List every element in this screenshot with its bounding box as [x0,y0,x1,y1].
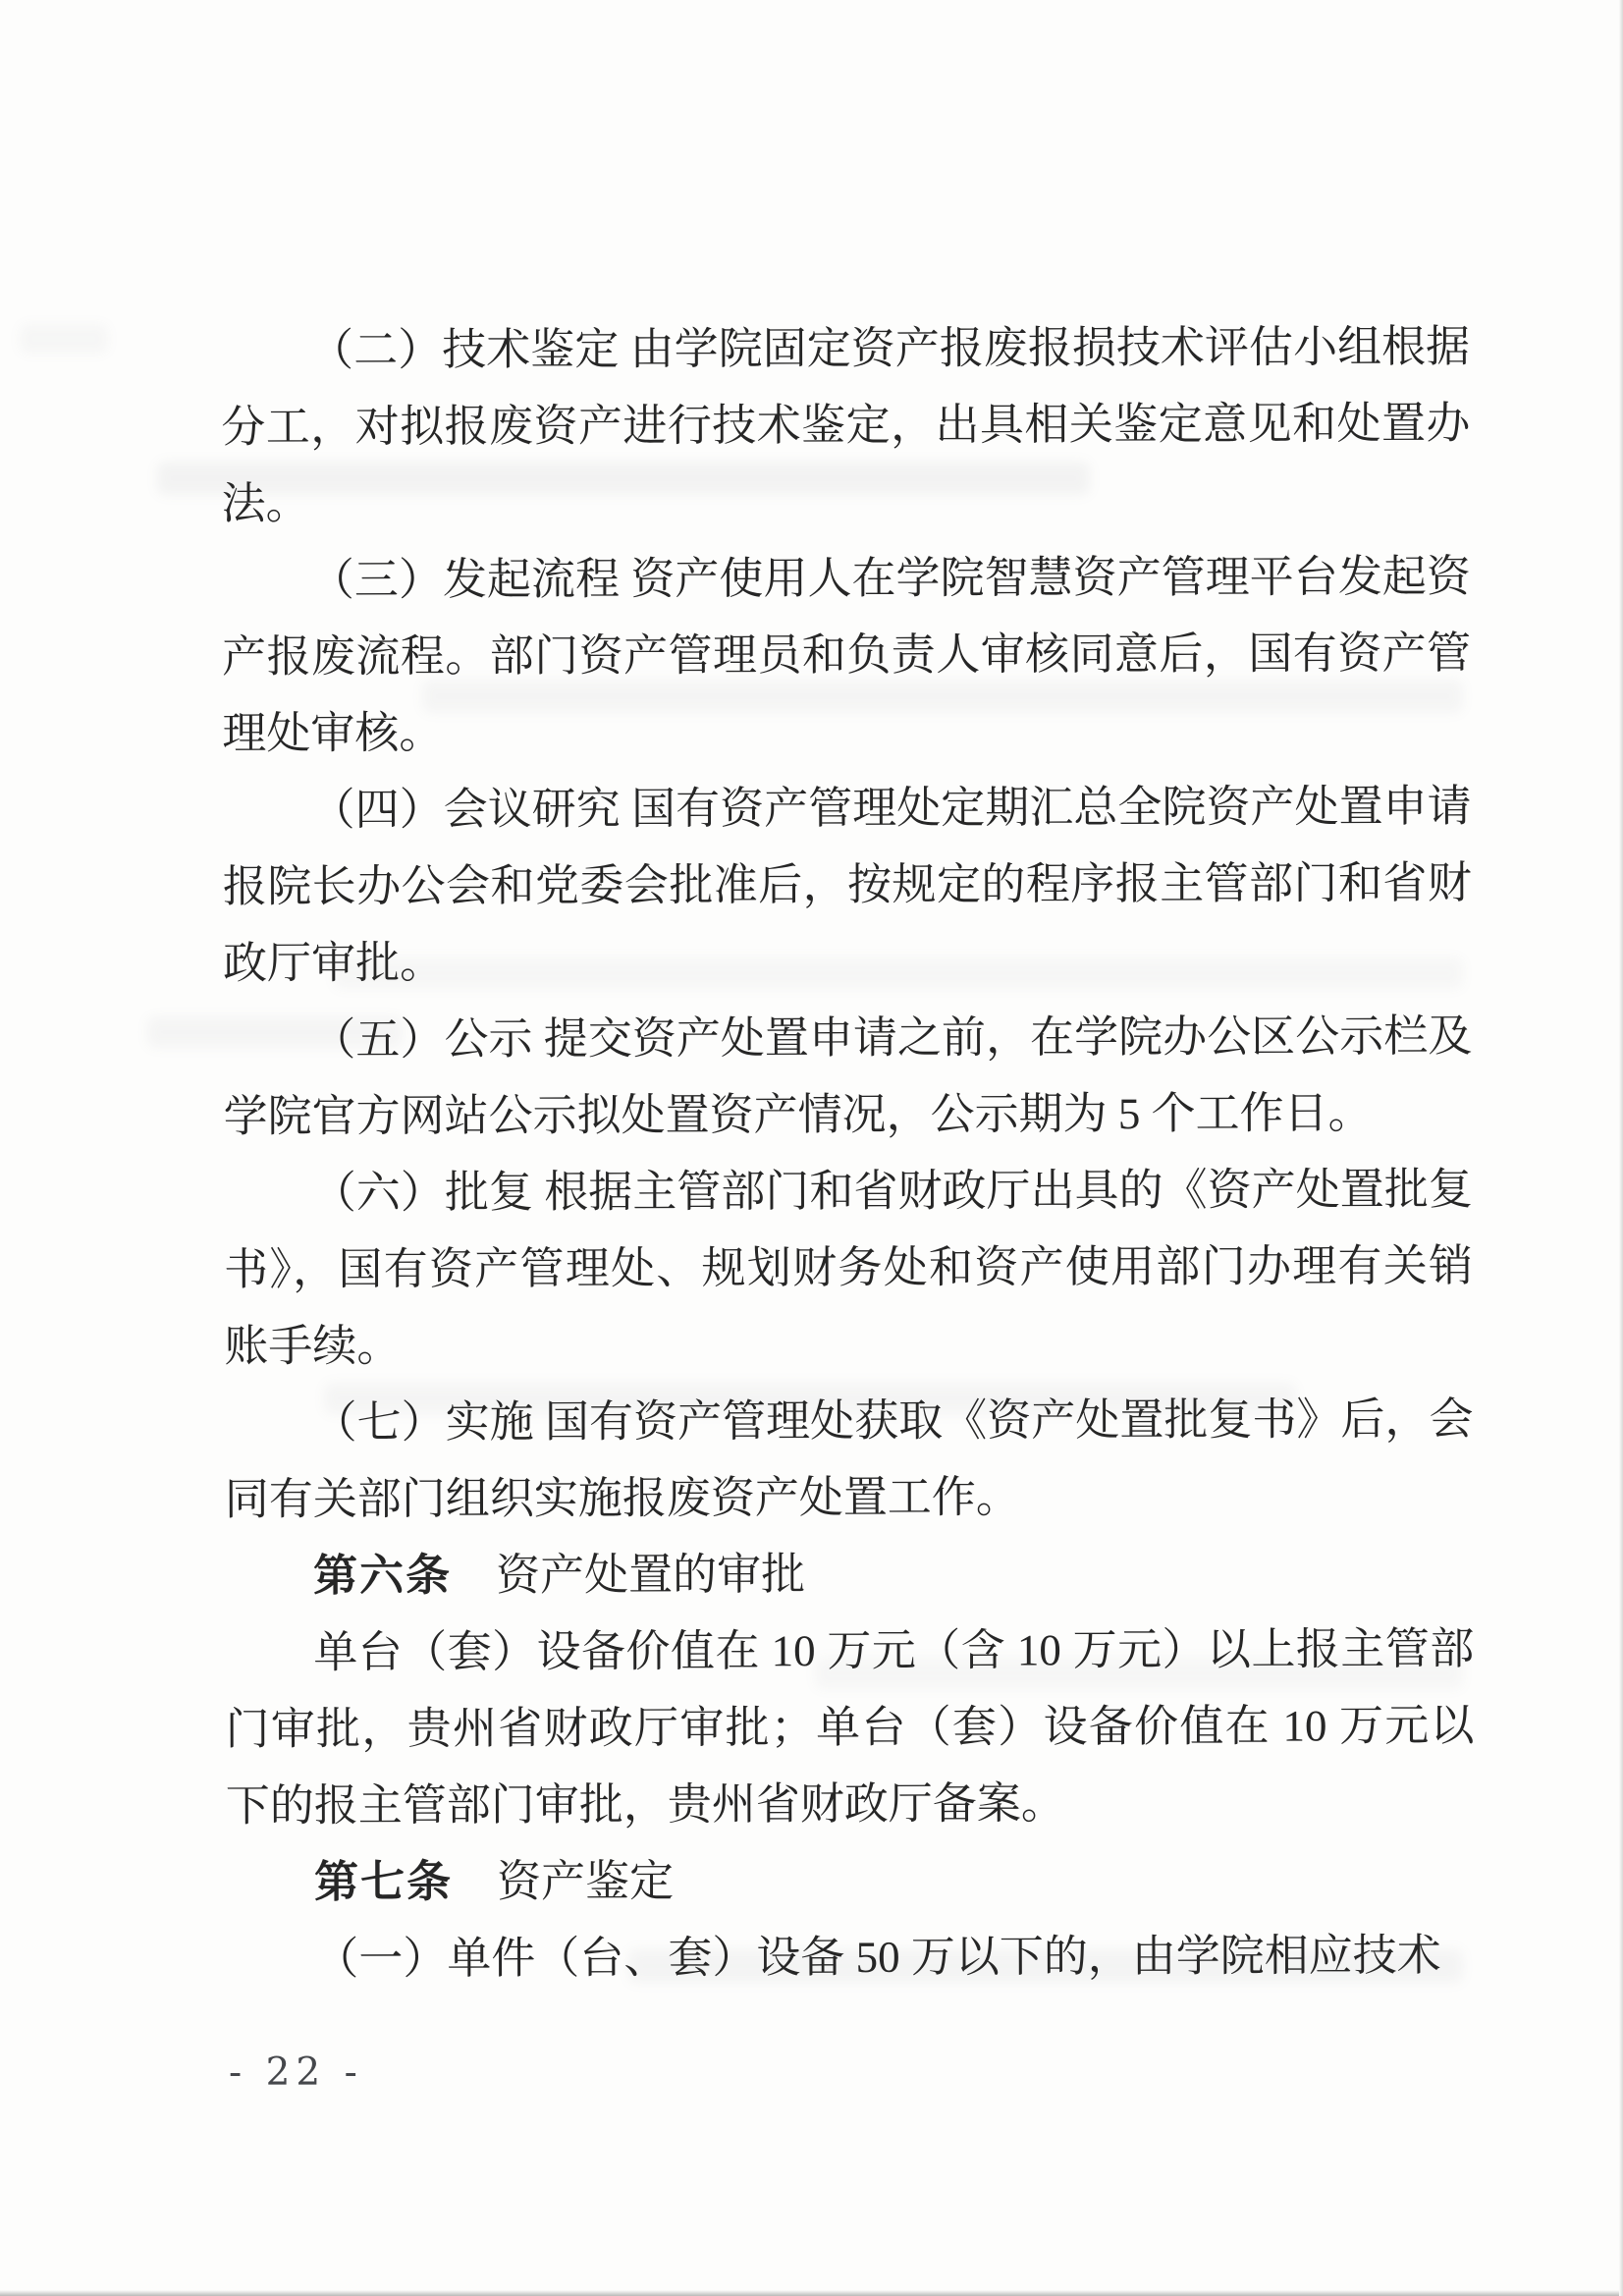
paragraph: （七）实施 国有资产管理处获取《资产处置批复书》后，会同有关部门组织实施报废资产… [224,1381,1473,1538]
scan-bleed-artifact [20,324,108,354]
paragraph: （二）技术鉴定 由学院固定资产报废报损技术评估小组根据分工，对拟报废资产进行技术… [221,308,1471,542]
text-run: （四）会议研究 国有资产管理处定期汇总全院资产处置申请报院长办公会和党委会批准后… [223,782,1472,988]
text-run: （五）公示 提交资产处置申请之前，在学院办公区公示栏及学院官方网站公示拟处置资产… [223,1011,1472,1141]
text-run: 资产处置的审批 [452,1550,805,1600]
article-number-label: 第七条 [314,1856,453,1906]
paragraph: （五）公示 提交资产处置申请之前，在学院办公区公示栏及学院官方网站公示拟处置资产… [223,998,1472,1155]
scan-edge-bottom [0,2290,1623,2296]
document-body: （二）技术鉴定 由学院固定资产报废报损技术评估小组根据分工，对拟报废资产进行技术… [221,308,1475,1997]
paragraph: （一）单件（台、套）设备 50 万以下的，由学院相应技术 [226,1917,1475,1997]
paragraph: （三）发起流程 资产使用人在学院智慧资产管理平台发起资产报废流程。部门资产管理员… [222,538,1472,772]
paragraph: 单台（套）设备价值在 10 万元（含 10 万元）以上报主管部门审批，贵州省财政… [225,1611,1475,1844]
article-heading: 第六条 资产处置的审批 [225,1534,1474,1614]
text-run: 资产鉴定 [453,1857,674,1907]
text-run: 单台（套）设备价值在 10 万元（含 10 万元）以上报主管部门审批，贵州省财政… [225,1624,1474,1831]
text-run: （一）单件（台、套）设备 50 万以下的，由学院相应技术 [314,1931,1441,1984]
page-number: - 22 - [229,2050,363,2095]
paragraph: （六）批复 根据主管部门和省财政厅出具的《资产处置批复书》，国有资产管理处、规划… [224,1151,1474,1385]
scanned-document-page: （二）技术鉴定 由学院固定资产报废报损技术评估小组根据分工，对拟报废资产进行技术… [0,0,1623,2296]
text-run: （三）发起流程 资产使用人在学院智慧资产管理平台发起资产报废流程。部门资产管理员… [222,552,1471,758]
article-number-label: 第六条 [313,1550,452,1600]
text-run: （六）批复 根据主管部门和省财政厅出具的《资产处置批复书》，国有资产管理处、规划… [224,1165,1473,1371]
text-run: （七）实施 国有资产管理处获取《资产处置批复书》后，会同有关部门组织实施报废资产… [225,1394,1474,1524]
text-run: （二）技术鉴定 由学院固定资产报废报损技术评估小组根据分工，对拟报废资产进行技术… [221,322,1470,528]
article-heading: 第七条 资产鉴定 [226,1840,1475,1921]
paragraph: （四）会议研究 国有资产管理处定期汇总全院资产处置申请报院长办公会和党委会批准后… [222,768,1472,1002]
scan-edge-right [1619,0,1623,2296]
